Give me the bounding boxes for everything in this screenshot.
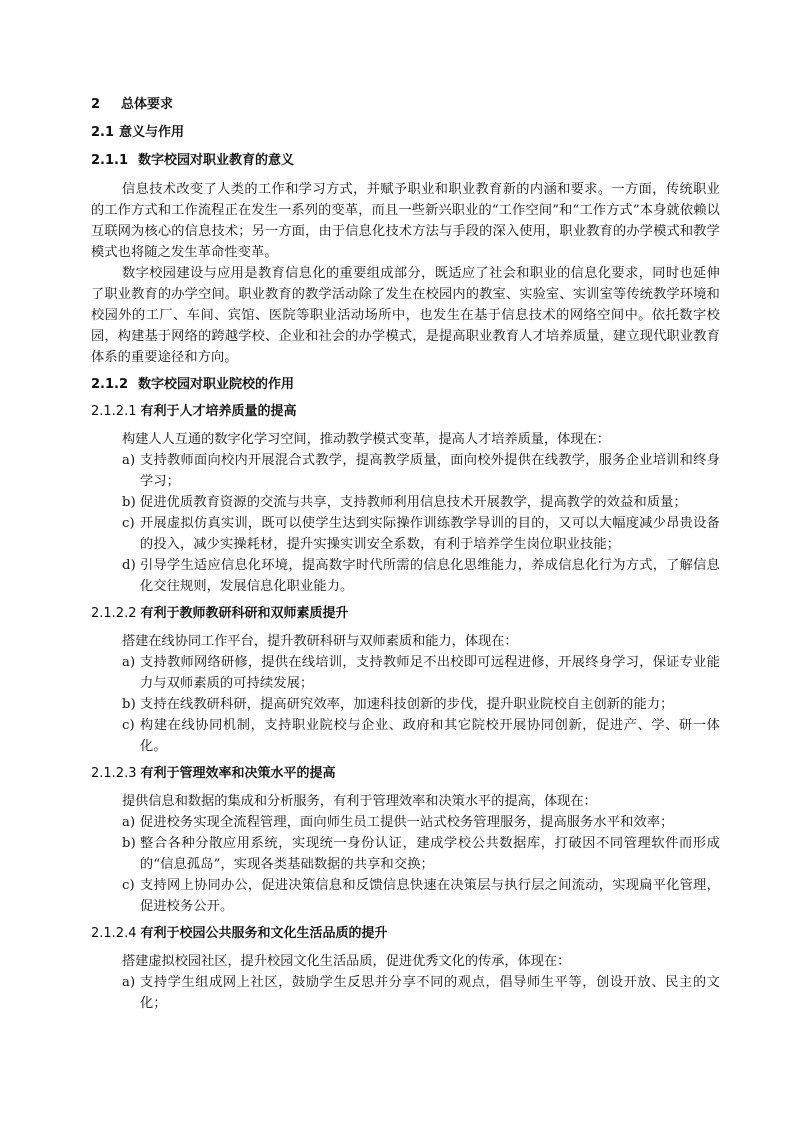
list-label: a) xyxy=(122,450,135,471)
list-item: c)构建在线协同机制，支持职业院校与企业、政府和其它院校开展协同创新，促进产、学… xyxy=(91,715,720,757)
list-item: a)支持教师面向校内开展混合式教学，提高教学质量，面向校外提供在线教学，服务企业… xyxy=(91,450,720,492)
list-item: b)支持在线教研科研，提高研究效率，加速科技创新的步伐，提升职业院校自主创新的能… xyxy=(91,694,720,715)
chapter-heading: 2总体要求 xyxy=(91,96,720,114)
list-label: b) xyxy=(122,833,136,854)
clause-list: a)支持教师面向校内开展混合式教学，提高教学质量，面向校外提供在线教学，服务企业… xyxy=(91,450,720,597)
list-item: c)开展虚拟仿真实训，既可以使学生达到实际操作训练教学导训的目的，又可以大幅度减… xyxy=(91,513,720,555)
list-text: 支持教师面向校内开展混合式教学，提高教学质量，面向校外提供在线教学，服务企业培训… xyxy=(140,453,720,489)
list-label: c) xyxy=(122,715,135,736)
heading-number: 2.1.2 xyxy=(91,376,128,394)
clause-list: a)支持学生组成网上社区，鼓励学生反思并分享不同的观点，倡导师生平等，创设开放、… xyxy=(91,972,720,1014)
heading-title: 数字校园对职业教育的意义 xyxy=(138,153,294,168)
list-text: 支持学生组成网上社区，鼓励学生反思并分享不同的观点，倡导师生平等，创设开放、民主… xyxy=(140,975,720,1011)
clause-heading: 2.1.2.2有利于教师教研科研和双师素质提升 xyxy=(91,605,720,623)
list-item: d)引导学生适应信息化环境，提高数字时代所需的信息化思维能力，养成信息化行为方式… xyxy=(91,555,720,597)
list-label: d) xyxy=(122,555,136,576)
clause-heading: 2.1.2.1有利于人才培养质量的提高 xyxy=(91,403,720,421)
clause-list: a)促进校务实现全流程管理，面向师生员工提供一站式校务管理服务，提高服务水平和效… xyxy=(91,812,720,917)
list-item: a)促进校务实现全流程管理，面向师生员工提供一站式校务管理服务，提高服务水平和效… xyxy=(91,812,720,833)
heading-number: 2 xyxy=(91,96,121,114)
list-label: a) xyxy=(122,972,135,993)
list-item: b)促进优质教育资源的交流与共享，支持教师利用信息技术开展教学，提高教学的效益和… xyxy=(91,492,720,513)
heading-title: 有利于校园公共服务和文化生活品质的提升 xyxy=(140,926,387,941)
heading-title: 有利于教师教研科研和双师素质提升 xyxy=(140,606,348,621)
section-heading: 2.1意义与作用 xyxy=(91,124,720,142)
heading-number: 2.1.2.2 xyxy=(91,605,136,623)
list-text: 促进优质教育资源的交流与共享，支持教师利用信息技术开展教学，提高教学的效益和质量… xyxy=(140,495,687,510)
list-label: b) xyxy=(122,694,136,715)
clause-intro: 构建人人互通的数字化学习空间，推动教学模式变革，提高人才培养质量，体现在： xyxy=(91,429,720,450)
clause-heading: 2.1.2.3有利于管理效率和决策水平的提高 xyxy=(91,765,720,783)
heading-number: 2.1.2.1 xyxy=(91,403,136,421)
heading-title: 有利于管理效率和决策水平的提高 xyxy=(140,766,335,781)
heading-number: 2.1.2.3 xyxy=(91,765,136,783)
clause-intro: 提供信息和数据的集成和分析服务，有利于管理效率和决策水平的提高，体现在： xyxy=(91,791,720,812)
list-text: 引导学生适应信息化环境，提高数字时代所需的信息化思维能力，养成信息化行为方式，了… xyxy=(140,558,720,594)
list-text: 促进校务实现全流程管理，面向师生员工提供一站式校务管理服务，提高服务水平和效率； xyxy=(140,815,674,830)
list-text: 整合各种分散应用系统，实现统一身份认证，建成学校公共数据库，打破因不同管理软件而… xyxy=(140,836,720,872)
list-item: b)整合各种分散应用系统，实现统一身份认证，建成学校公共数据库，打破因不同管理软… xyxy=(91,833,720,875)
clause-list: a)支持教师网络研修，提供在线培训，支持教师足不出校即可远程进修，开展终身学习，… xyxy=(91,652,720,757)
document-page: 2总体要求 2.1意义与作用 2.1.1数字校园对职业教育的意义 信息技术改变了… xyxy=(91,96,720,1014)
list-label: c) xyxy=(122,875,135,896)
list-label: a) xyxy=(122,812,135,833)
clause-intro: 搭建虚拟校园社区，提升校园文化生活品质，促进优秀文化的传承，体现在： xyxy=(91,951,720,972)
subsection-heading: 2.1.2数字校园对职业院校的作用 xyxy=(91,376,720,394)
list-text: 支持在线教研科研，提高研究效率，加速科技创新的步伐，提升职业院校自主创新的能力； xyxy=(140,697,674,712)
list-item: a)支持学生组成网上社区，鼓励学生反思并分享不同的观点，倡导师生平等，创设开放、… xyxy=(91,972,720,1014)
list-text: 支持教师网络研修，提供在线培训，支持教师足不出校即可远程进修，开展终身学习，保证… xyxy=(140,655,720,691)
paragraph: 数字校园建设与应用是教育信息化的重要组成部分，既适应了社会和职业的信息化要求，同… xyxy=(91,263,720,368)
list-label: c) xyxy=(122,513,135,534)
list-label: a) xyxy=(122,652,135,673)
heading-number: 2.1 xyxy=(91,124,114,142)
clause-intro: 搭建在线协同工作平台，提升教研科研与双师素质和能力，体现在： xyxy=(91,631,720,652)
heading-title: 总体要求 xyxy=(121,97,173,112)
list-item: a)支持教师网络研修，提供在线培训，支持教师足不出校即可远程进修，开展终身学习，… xyxy=(91,652,720,694)
heading-title: 数字校园对职业院校的作用 xyxy=(138,377,294,392)
heading-number: 2.1.2.4 xyxy=(91,925,136,943)
heading-number: 2.1.1 xyxy=(91,152,128,170)
list-text: 开展虚拟仿真实训，既可以使学生达到实际操作训练教学导训的目的，又可以大幅度减少昂… xyxy=(140,516,720,552)
subsection-heading: 2.1.1数字校园对职业教育的意义 xyxy=(91,152,720,170)
list-label: b) xyxy=(122,492,136,513)
list-text: 支持网上协同办公，促进决策信息和反馈信息快速在决策层与执行层之间流动，实现扁平化… xyxy=(140,878,720,914)
clause-heading: 2.1.2.4有利于校园公共服务和文化生活品质的提升 xyxy=(91,925,720,943)
list-text: 构建在线协同机制，支持职业院校与企业、政府和其它院校开展协同创新，促进产、学、研… xyxy=(140,718,720,754)
list-item: c)支持网上协同办公，促进决策信息和反馈信息快速在决策层与执行层之间流动，实现扁… xyxy=(91,875,720,917)
heading-title: 有利于人才培养质量的提高 xyxy=(140,404,296,419)
paragraph: 信息技术改变了人类的工作和学习方式，并赋予职业和职业教育新的内涵和要求。一方面，… xyxy=(91,179,720,263)
heading-title: 意义与作用 xyxy=(119,125,184,140)
